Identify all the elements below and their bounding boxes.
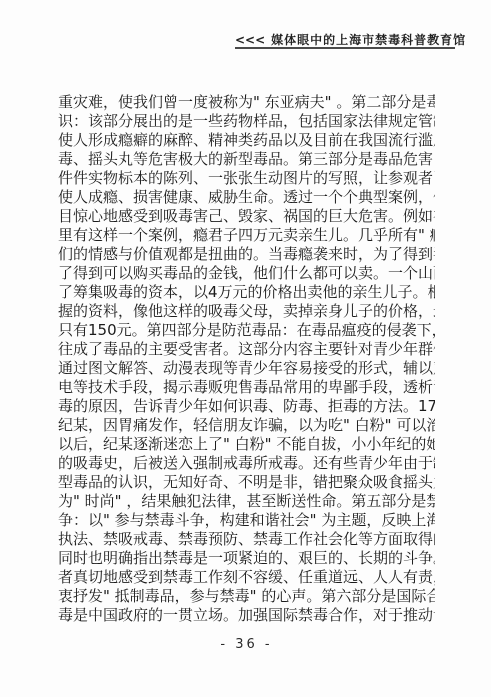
text-line: 们的情感与价值观都是扭曲的。当毒瘾袭来时，为了得到毒品，为 <box>58 245 435 264</box>
page-header: <<<媒体眼中的上海市禁毒科普教育馆 <box>235 31 455 48</box>
text-line: 以后，纪某逐渐迷恋上了" 白粉" 不能自拔，小小年纪的她已有2年 <box>58 435 435 454</box>
text-line: 毒是中国政府的一贯立场。加强国际禁毒合作，对于推动世界范围 <box>58 606 435 625</box>
document-page: <<<媒体眼中的上海市禁毒科普教育馆 重灾难，使我们曾一度被称为" 东亚病夫" … <box>0 0 491 697</box>
header-arrows-icon: <<< <box>235 33 265 47</box>
page-number: - 36 - <box>220 637 272 652</box>
text-line: 争：以" 参与禁毒斗争，构建和谐社会" 为主题，反映上海在禁毒 <box>58 511 435 530</box>
text-line: 型毒品的认识，无知好奇、不明是非，错把聚众吸食摇头丸跳舞视 <box>58 473 435 492</box>
text-line: 握的资料，像他这样的吸毒父母，卖掉亲身儿子的价格，最便宜的 <box>58 302 435 321</box>
text-line: 件件实物标本的陈列、一张张生动图片的写照，让参观者了解毒品 <box>58 169 435 188</box>
page-footer: - 36 - <box>58 637 435 652</box>
text-line: 往成了毒品的主要受害者。这部分内容主要针对青少年群体，我们 <box>58 340 435 359</box>
text-line: 电等技术手段，揭示毒贩兜售毒品常用的卑鄙手段，透析青少年涉 <box>58 378 435 397</box>
text-line: 者真切地感受到禁毒工作刻不容缓、任重道远、人人有责，从而由 <box>58 568 435 587</box>
text-line: 识：该部分展出的是一些药物样品，包括国家法律规定管制的能够 <box>58 112 435 131</box>
header-rule <box>235 47 455 49</box>
text-line: 毒、摇头丸等危害极大的新型毒品。第三部分是毒品危害：通过一 <box>58 150 435 169</box>
text-line: 毒的原因，告诉青少年如何识毒、防毒、拒毒的方法。17岁的少女 <box>58 397 435 416</box>
text-line: 里有这样一个案例，瘾君子四万元卖亲生儿。几乎所有" 瘾君子" <box>58 226 435 245</box>
text-line: 为" 时尚" ，结果触犯法律，甚至断送性命。第五部分是禁毒斗 <box>58 492 435 511</box>
text-line: 目惊心地感受到吸毒害己、毁家、祸国的巨大危害。例如在我们馆 <box>58 207 435 226</box>
text-line: 衷抒发" 抵制毒品，参与禁毒" 的心声。第六部分是国际合作：禁 <box>58 587 435 606</box>
text-line: 执法、禁吸戒毒、禁毒预防、禁毒工作社会化等方面取得的成果， <box>58 530 435 549</box>
text-line: 通过图文解答、动漫表现等青少年容易接受的形式，辅以声、光、 <box>58 359 435 378</box>
text-line: 只有150元。第四部分是防范毒品：在毒品瘟疫的侵袭下，青少年往 <box>58 321 435 340</box>
text-line: 了筹集吸毒的资本，以4万元的价格出卖他的亲生儿子。根据我们掌 <box>58 283 435 302</box>
header-title: 媒体眼中的上海市禁毒科普教育馆 <box>271 33 466 47</box>
text-line: 纪某，因胃痛发作，轻信朋友诈骗，以为吃" 白粉" 可以治胃痛。 <box>58 416 435 435</box>
text-line: 的吸毒史，后被送入强制戒毒所戒毒。还有些青少年由于缺乏对新 <box>58 454 435 473</box>
body-text-block: 重灾难，使我们曾一度被称为" 东亚病夫" 。第二部分是毒品常识：该部分展出的是一… <box>58 93 435 625</box>
text-line: 使人成瘾、损害健康、威胁生命。透过一个个典型案例，使人们触 <box>58 188 435 207</box>
text-line: 同时也明确指出禁毒是一项紧迫的、艰巨的、长期的斗争。使参观 <box>58 549 435 568</box>
text-line: 重灾难，使我们曾一度被称为" 东亚病夫" 。第二部分是毒品常 <box>58 93 435 112</box>
text-line: 使人形成瘾癖的麻醉、精神类药品以及目前在我国流行滥用的冰 <box>58 131 435 150</box>
text-line: 了得到可以购买毒品的金钱，他们什么都可以卖。一个山西农民为 <box>58 264 435 283</box>
